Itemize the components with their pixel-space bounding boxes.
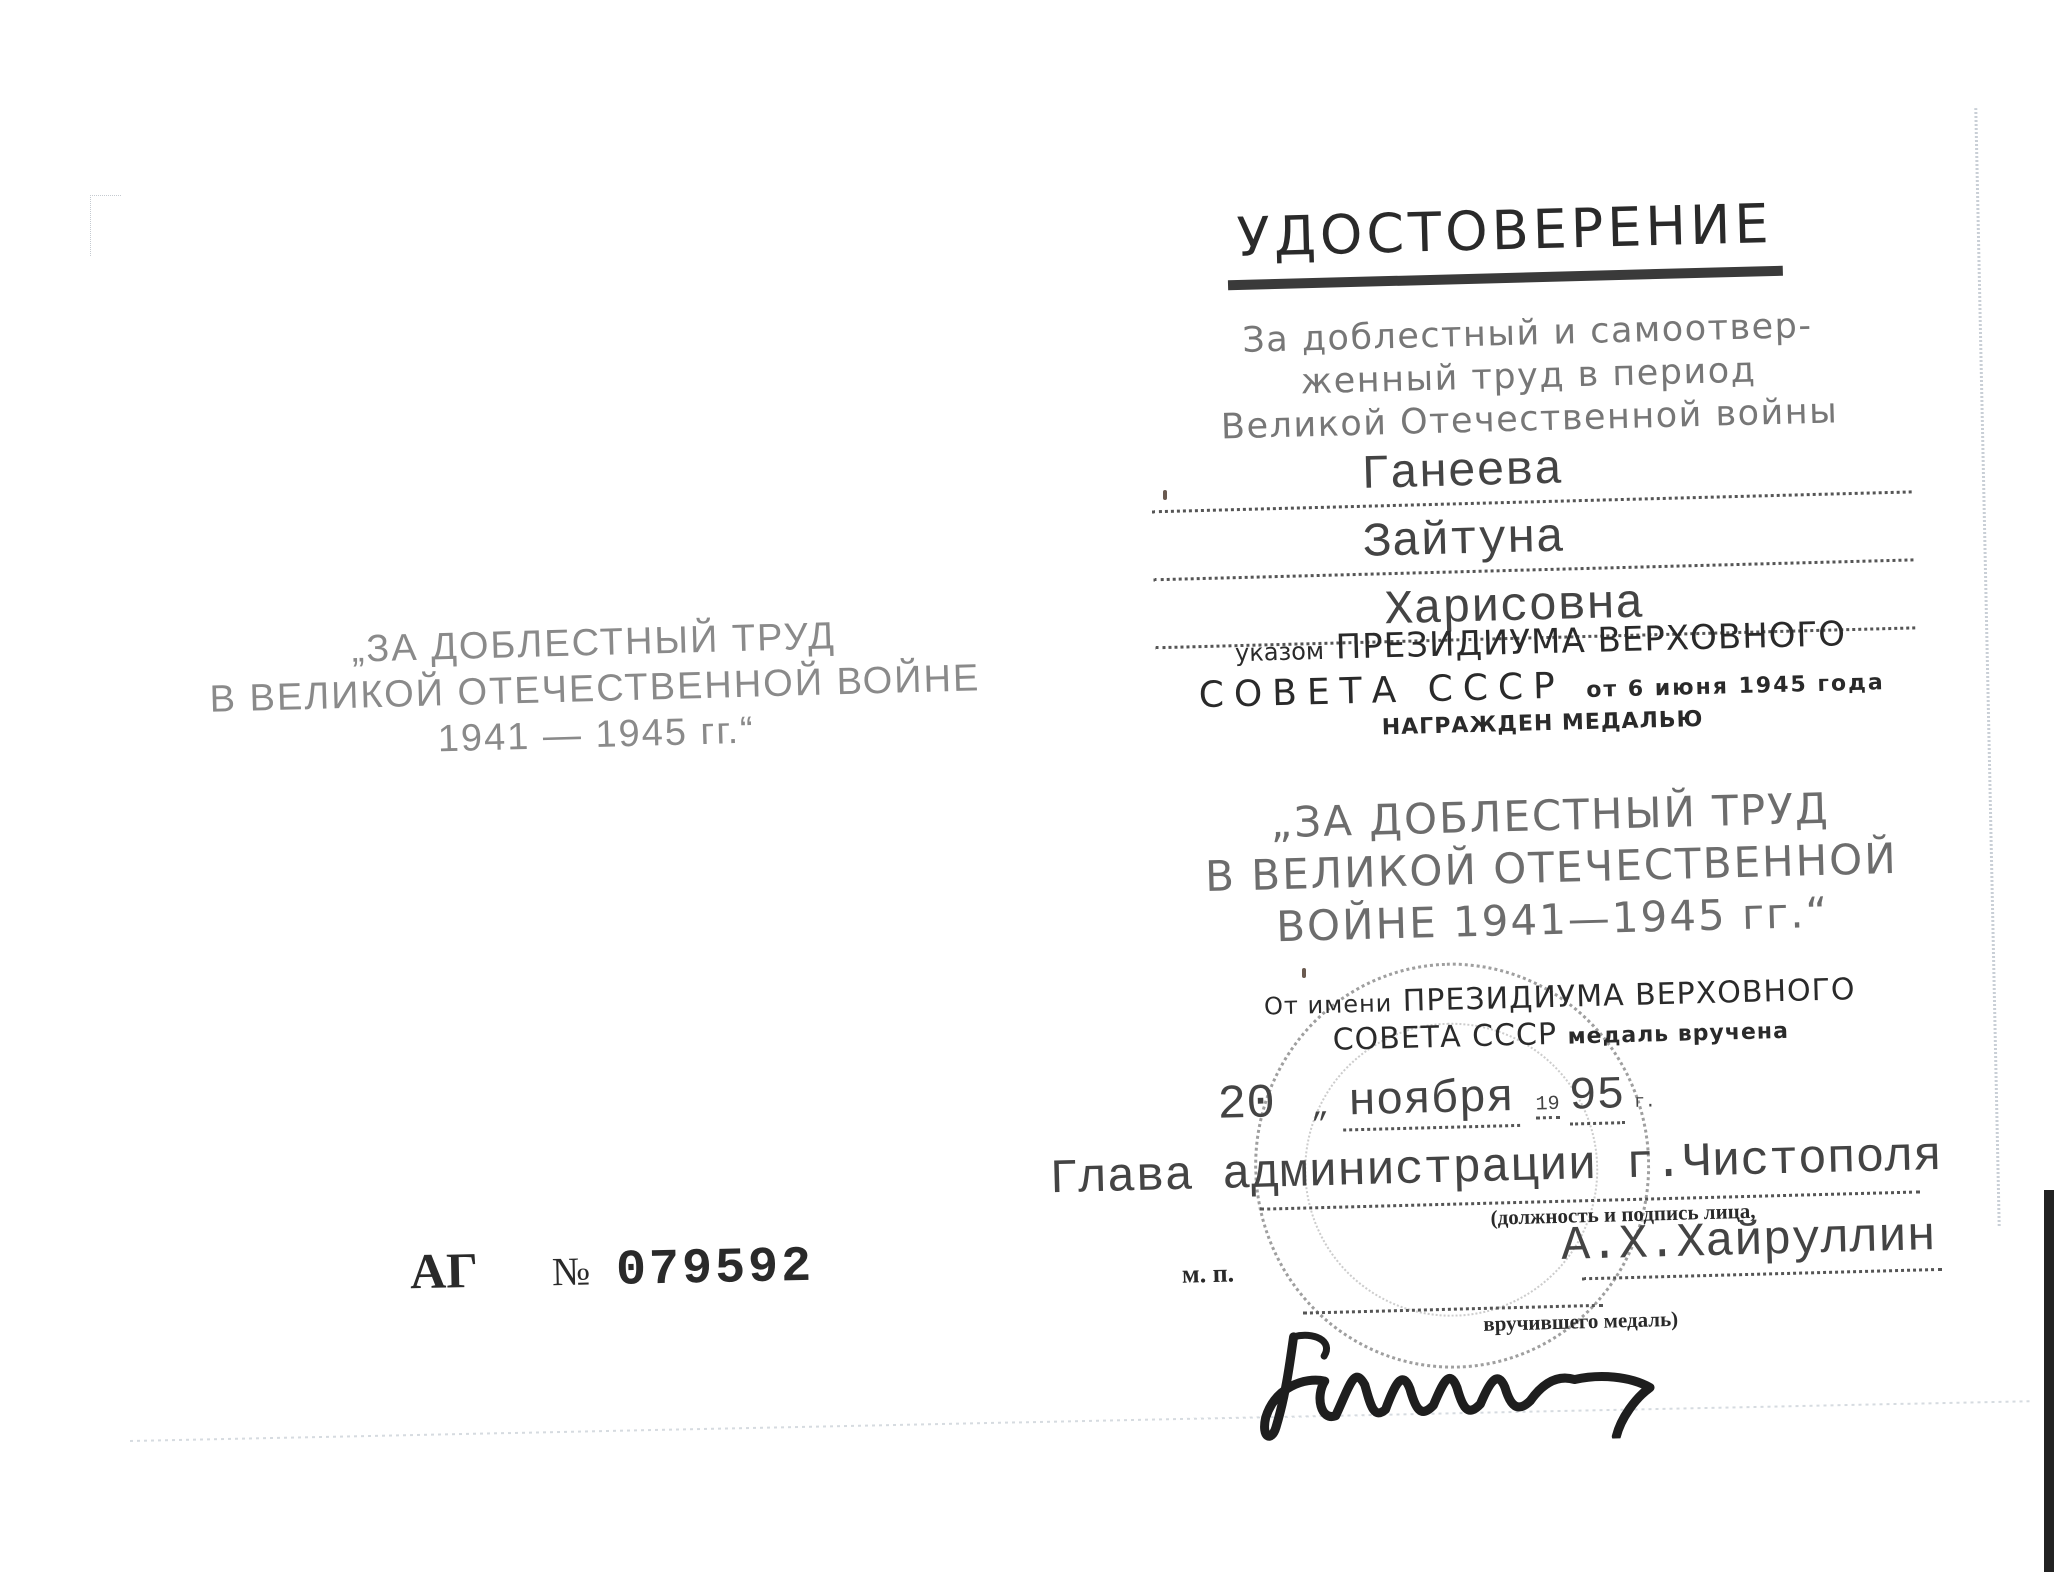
handwritten-signature [1253,1314,1796,1448]
certificate-serial-number: АГ № 079592 [409,1234,814,1304]
page-corner-left [90,195,121,256]
presentation-on-behalf: От имени [1264,989,1393,1020]
decree-by: указом [1235,637,1325,667]
date-month: ноября [1342,1072,1521,1132]
decree-date: от 6 июня 1945 года [1586,670,1885,703]
medal-name: „ЗА ДОБЛЕСТНЫЙ ТРУД В ВЕЛИКОЙ ОТЕЧЕСТВЕН… [1149,780,1953,957]
right-page: УДОСТОВЕРЕНИЕ За доблестный и самоотвер-… [1134,180,1966,1451]
recipient-first-name: Зайтуна [1362,512,1565,571]
ink-speck [1302,968,1306,978]
decree-text: указом ПРЕЗИДИУМА ВЕРХОВНОГО СОВЕТА СССР… [1145,612,1938,747]
presentation-soviet: СОВЕТА СССР [1332,1017,1557,1058]
left-page-medal-name: „ЗА ДОБЛЕСТНЫЙ ТРУД В ВЕЛИКОЙ ОТЕЧЕСТВЕН… [178,608,1012,769]
presentation-date: 20 „ ноября 19 95 г. [1217,1067,1656,1132]
title-underline [1228,266,1783,291]
serial-series: АГ [409,1242,478,1299]
scanner-edge-shadow [2044,1190,2054,1572]
serial-number: 079592 [616,1239,815,1300]
seal-place-mark: м. п. [1182,1258,1235,1289]
number-sign: № [551,1248,590,1294]
date-quote: „ [1310,1091,1329,1125]
page-edge-right [1974,108,2000,1228]
date-year-suffix: г. [1634,1092,1656,1113]
date-day: 20 [1217,1077,1276,1132]
date-century: 19 [1535,1093,1560,1120]
presentation-text: От имени ПРЕЗИДИУМА ВЕРХОВНОГО СОВЕТА СС… [1164,969,1956,1062]
recipient-surname: Ганеева [1360,444,1563,503]
citation: За доблестный и самоотвер- женный труд в… [1157,303,1900,451]
decree-soviet: СОВЕТА СССР [1198,666,1565,717]
presentation-medal-presented: медаль вручена [1567,1019,1789,1050]
document-title: УДОСТОВЕРЕНИЕ [1224,192,1785,270]
presenter-name: А.Х.Хайруллин [1561,1210,1937,1274]
ink-speck [1163,490,1167,500]
date-year: 95 [1568,1069,1625,1125]
